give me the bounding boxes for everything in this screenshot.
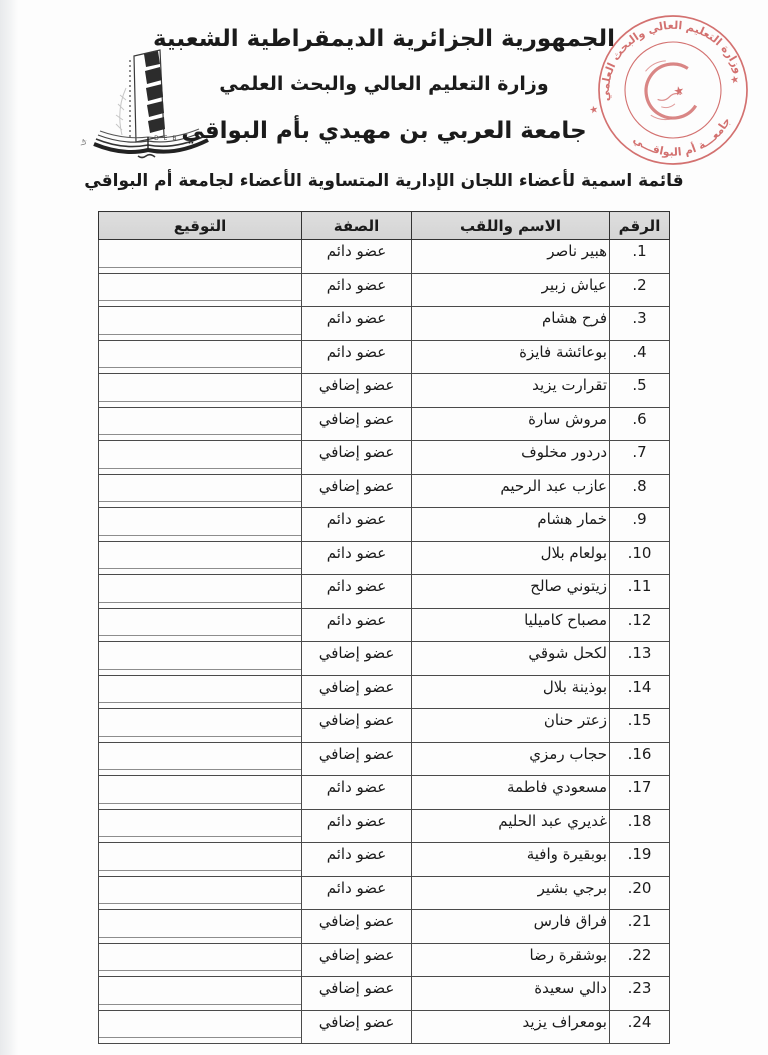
- committee-table-body: 1.هبير ناصرعضو دائم2.عياش زبيرعضو دائم3.…: [99, 240, 670, 1044]
- scan-edge-shadow: [0, 0, 18, 1055]
- member-name-cell: زعتر حنان: [412, 709, 610, 743]
- table-header-row: الرقم الاسم واللقب الصفة التوقيع: [99, 212, 670, 240]
- signature-cell: [99, 943, 302, 977]
- member-status-cell: عضو إضافي: [302, 675, 412, 709]
- table-row: 6.مروش سارةعضو إضافي: [99, 407, 670, 441]
- member-status-cell: عضو إضافي: [302, 1010, 412, 1044]
- table-row: 10.بولعام بلالعضو دائم: [99, 541, 670, 575]
- university-logo: جامعة أم البواقي D E B: [78, 40, 223, 180]
- signature-cell: [99, 307, 302, 341]
- signature-cell: [99, 474, 302, 508]
- member-status-cell: عضو دائم: [302, 876, 412, 910]
- member-status-cell: عضو دائم: [302, 575, 412, 609]
- table-row: 16.حجاب رمزيعضو إضافي: [99, 742, 670, 776]
- member-name-cell: خمار هشام: [412, 508, 610, 542]
- table-row: 17.مسعودي فاطمةعضو دائم: [99, 776, 670, 810]
- table-row: 5.تقرارت يزيدعضو إضافي: [99, 374, 670, 408]
- table-row: 11.زيتوني صالحعضو دائم: [99, 575, 670, 609]
- table-row: 20.برجي بشيرعضو دائم: [99, 876, 670, 910]
- row-number-cell: 15.: [610, 709, 670, 743]
- member-status-cell: عضو إضافي: [302, 910, 412, 944]
- row-number-cell: 17.: [610, 776, 670, 810]
- signature-cell: [99, 843, 302, 877]
- signature-cell: [99, 876, 302, 910]
- member-name-cell: عازب عبد الرحيم: [412, 474, 610, 508]
- row-number-cell: 6.: [610, 407, 670, 441]
- col-header-name: الاسم واللقب: [412, 212, 610, 240]
- signature-cell: [99, 1010, 302, 1044]
- university-title: جامعة العربي بن مهيدي بأم البواقي: [0, 116, 768, 147]
- table-row: 22.بوشقرة رضاعضو إضافي: [99, 943, 670, 977]
- member-status-cell: عضو دائم: [302, 776, 412, 810]
- row-number-cell: 3.: [610, 307, 670, 341]
- table-row: 14.بوذينة بلالعضو إضافي: [99, 675, 670, 709]
- table-row: 19.بوبقيرة وافيةعضو دائم: [99, 843, 670, 877]
- member-name-cell: بوبقيرة وافية: [412, 843, 610, 877]
- member-name-cell: بوعائشة فايزة: [412, 340, 610, 374]
- member-name-cell: مروش سارة: [412, 407, 610, 441]
- row-number-cell: 11.: [610, 575, 670, 609]
- member-name-cell: عياش زبير: [412, 273, 610, 307]
- ministry-title: وزارة التعليم العالي والبحث العلمي: [0, 72, 768, 98]
- table-row: 8.عازب عبد الرحيمعضو إضافي: [99, 474, 670, 508]
- signature-cell: [99, 977, 302, 1011]
- table-row: 9.خمار هشامعضو دائم: [99, 508, 670, 542]
- member-name-cell: بوذينة بلال: [412, 675, 610, 709]
- signature-cell: [99, 340, 302, 374]
- row-number-cell: 4.: [610, 340, 670, 374]
- member-name-cell: مسعودي فاطمة: [412, 776, 610, 810]
- row-number-cell: 8.: [610, 474, 670, 508]
- signature-cell: [99, 709, 302, 743]
- member-name-cell: بولعام بلال: [412, 541, 610, 575]
- table-row: 24.بومعراف يزيدعضو إضافي: [99, 1010, 670, 1044]
- signature-cell: [99, 508, 302, 542]
- signature-cell: [99, 608, 302, 642]
- member-status-cell: عضو دائم: [302, 273, 412, 307]
- table-row: 13.لكحل شوقيعضو إضافي: [99, 642, 670, 676]
- table-row: 15.زعتر حنانعضو إضافي: [99, 709, 670, 743]
- row-number-cell: 24.: [610, 1010, 670, 1044]
- member-status-cell: عضو دائم: [302, 541, 412, 575]
- scanned-document-page: جامعة أم البواقي D E B ★ وزارة التعليم ا…: [0, 0, 768, 1055]
- row-number-cell: 16.: [610, 742, 670, 776]
- member-status-cell: عضو دائم: [302, 608, 412, 642]
- member-status-cell: عضو دائم: [302, 809, 412, 843]
- row-number-cell: 19.: [610, 843, 670, 877]
- member-status-cell: عضو إضافي: [302, 407, 412, 441]
- member-name-cell: غديري عبد الحليم: [412, 809, 610, 843]
- table-row: 23.دالي سعيدةعضو إضافي: [99, 977, 670, 1011]
- signature-cell: [99, 742, 302, 776]
- stamp-left-star: ★: [588, 104, 599, 117]
- member-status-cell: عضو إضافي: [302, 709, 412, 743]
- member-name-cell: برجي بشير: [412, 876, 610, 910]
- signature-cell: [99, 240, 302, 274]
- member-name-cell: حجاب رمزي: [412, 742, 610, 776]
- signature-cell: [99, 407, 302, 441]
- table-row: 1.هبير ناصرعضو دائم: [99, 240, 670, 274]
- table-row: 7.دردور مخلوفعضو إضافي: [99, 441, 670, 475]
- signature-cell: [99, 675, 302, 709]
- row-number-cell: 20.: [610, 876, 670, 910]
- row-number-cell: 10.: [610, 541, 670, 575]
- row-number-cell: 21.: [610, 910, 670, 944]
- table-row: 4.بوعائشة فايزةعضو دائم: [99, 340, 670, 374]
- table-row: 2.عياش زبيرعضو دائم: [99, 273, 670, 307]
- row-number-cell: 5.: [610, 374, 670, 408]
- row-number-cell: 23.: [610, 977, 670, 1011]
- row-number-cell: 14.: [610, 675, 670, 709]
- row-number-cell: 9.: [610, 508, 670, 542]
- member-name-cell: هبير ناصر: [412, 240, 610, 274]
- col-header-signature: التوقيع: [99, 212, 302, 240]
- row-number-cell: 7.: [610, 441, 670, 475]
- list-title: قائمة اسمية لأعضاء اللجان الإدارية المتس…: [0, 170, 768, 193]
- member-status-cell: عضو دائم: [302, 307, 412, 341]
- member-name-cell: دالي سعيدة: [412, 977, 610, 1011]
- member-status-cell: عضو إضافي: [302, 943, 412, 977]
- row-number-cell: 12.: [610, 608, 670, 642]
- table-row: 3.فرح هشامعضو دائم: [99, 307, 670, 341]
- col-header-status: الصفة: [302, 212, 412, 240]
- member-status-cell: عضو إضافي: [302, 374, 412, 408]
- member-status-cell: عضو إضافي: [302, 441, 412, 475]
- signature-cell: [99, 575, 302, 609]
- signature-cell: [99, 441, 302, 475]
- member-name-cell: فرح هشام: [412, 307, 610, 341]
- table-row: 12.مصباح كاميلياعضو دائم: [99, 608, 670, 642]
- member-name-cell: تقرارت يزيد: [412, 374, 610, 408]
- republic-title: الجمهورية الجزائرية الديمقراطية الشعبية: [0, 24, 768, 55]
- member-status-cell: عضو دائم: [302, 340, 412, 374]
- member-status-cell: عضو إضافي: [302, 474, 412, 508]
- member-name-cell: بوشقرة رضا: [412, 943, 610, 977]
- member-status-cell: عضو دائم: [302, 508, 412, 542]
- member-status-cell: عضو إضافي: [302, 742, 412, 776]
- row-number-cell: 13.: [610, 642, 670, 676]
- member-status-cell: عضو إضافي: [302, 977, 412, 1011]
- member-name-cell: زيتوني صالح: [412, 575, 610, 609]
- row-number-cell: 1.: [610, 240, 670, 274]
- signature-cell: [99, 910, 302, 944]
- col-header-number: الرقم: [610, 212, 670, 240]
- member-name-cell: دردور مخلوف: [412, 441, 610, 475]
- row-number-cell: 22.: [610, 943, 670, 977]
- member-name-cell: لكحل شوقي: [412, 642, 610, 676]
- signature-cell: [99, 776, 302, 810]
- committee-members-table: الرقم الاسم واللقب الصفة التوقيع 1.هبير …: [98, 211, 670, 1044]
- row-number-cell: 18.: [610, 809, 670, 843]
- signature-cell: [99, 273, 302, 307]
- member-name-cell: بومعراف يزيد: [412, 1010, 610, 1044]
- table-row: 18.غديري عبد الحليمعضو دائم: [99, 809, 670, 843]
- member-status-cell: عضو إضافي: [302, 642, 412, 676]
- member-status-cell: عضو دائم: [302, 240, 412, 274]
- signature-cell: [99, 642, 302, 676]
- signature-cell: [99, 374, 302, 408]
- member-status-cell: عضو دائم: [302, 843, 412, 877]
- table-row: 21.فراق فارسعضو إضافي: [99, 910, 670, 944]
- signature-cell: [99, 809, 302, 843]
- row-number-cell: 2.: [610, 273, 670, 307]
- member-name-cell: مصباح كاميليا: [412, 608, 610, 642]
- member-name-cell: فراق فارس: [412, 910, 610, 944]
- signature-cell: [99, 541, 302, 575]
